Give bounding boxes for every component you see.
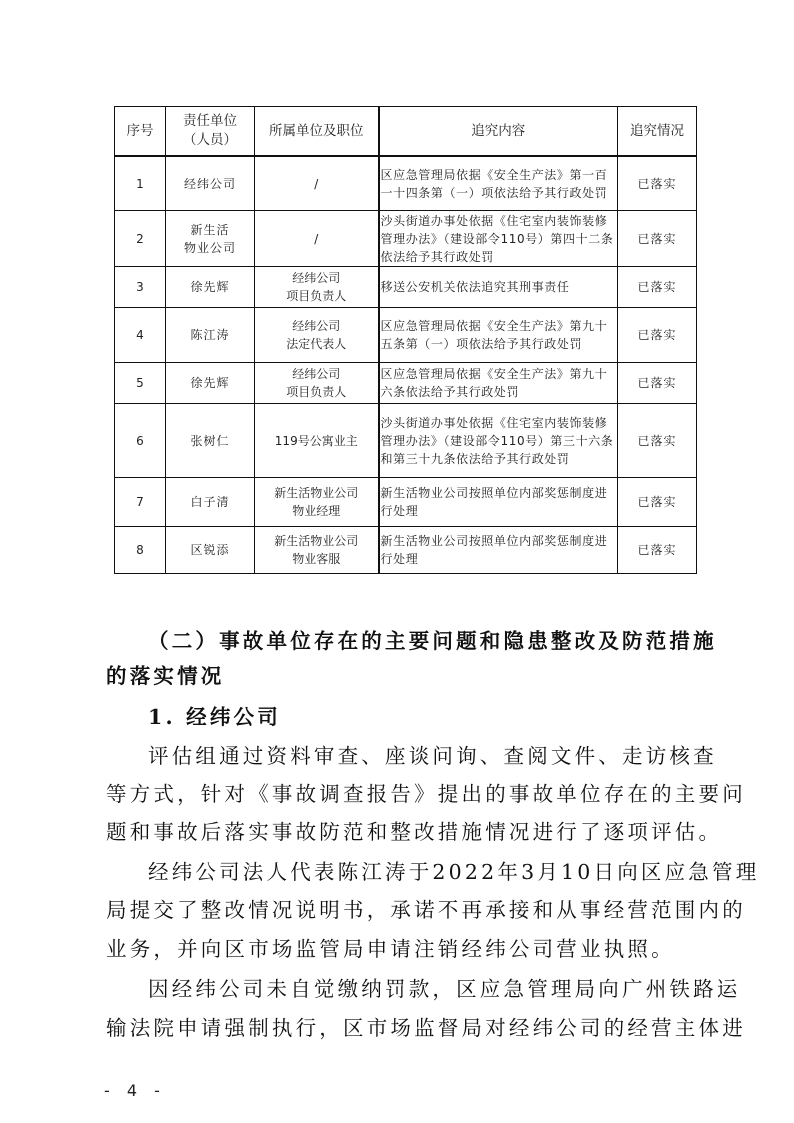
table-row: 1 经纬公司 / 区应急管理局依据《安全生产法》第一百一十四条第（一）项依法给予… [115, 156, 697, 211]
position-line: 项目负责人 [257, 287, 376, 305]
unit-line: 经纬公司 [168, 175, 252, 193]
cell-position: 119号公寓业主 [255, 404, 379, 478]
position-line: / [257, 175, 376, 193]
document-page: 序号 责任单位 （人员） 所属单位及职位 追究内容 追究情况 1 经纬公司 / … [0, 0, 794, 1123]
cell-status: 已落实 [618, 404, 697, 478]
cell-status: 已落实 [618, 267, 697, 308]
cell-no: 1 [115, 156, 166, 211]
cell-content: 新生活物业公司按照单位内部奖惩制度进行处理 [379, 527, 618, 574]
position-line: 物业经理 [257, 502, 376, 520]
cell-content: 区应急管理局依据《安全生产法》第一百一十四条第（一）项依法给予其行政处罚 [379, 156, 618, 211]
cell-position: / [255, 211, 379, 267]
cell-unit: 经纬公司 [166, 156, 255, 211]
cell-status: 已落实 [618, 211, 697, 267]
unit-line: 区锐添 [168, 541, 252, 559]
paragraph-line: 输法院申请强制执行，区市场监督局对经纬公司的经营主体进 [106, 1011, 746, 1041]
header-position: 所属单位及职位 [255, 107, 379, 157]
cell-status: 已落实 [618, 527, 697, 574]
position-line: 项目负责人 [257, 383, 376, 401]
position-line: / [257, 230, 376, 248]
cell-unit: 白子清 [166, 478, 255, 527]
page-number: - 4 - [104, 1081, 166, 1100]
cell-unit: 区锐添 [166, 527, 255, 574]
unit-line: 物业公司 [168, 239, 252, 257]
table-row: 8 区锐添 新生活物业公司 物业客服 新生活物业公司按照单位内部奖惩制度进行处理… [115, 527, 697, 574]
accountability-table: 序号 责任单位 （人员） 所属单位及职位 追究内容 追究情况 1 经纬公司 / … [114, 106, 697, 574]
cell-no: 4 [115, 308, 166, 363]
unit-line: 徐先辉 [168, 374, 252, 392]
table-row: 2 新生活 物业公司 / 沙头街道办事处依据《住宅室内装饰装修管理办法》（建设部… [115, 211, 697, 267]
cell-unit: 陈江涛 [166, 308, 255, 363]
cell-no: 3 [115, 267, 166, 308]
cell-no: 5 [115, 363, 166, 404]
cell-content: 新生活物业公司按照单位内部奖惩制度进行处理 [379, 478, 618, 527]
table-row: 6 张树仁 119号公寓业主 沙头街道办事处依据《住宅室内装饰装修管理办法》（建… [115, 404, 697, 478]
cell-content: 沙头街道办事处依据《住宅室内装饰装修管理办法》（建设部令110号）第三十六条和第… [379, 404, 618, 478]
position-line: 新生活物业公司 [257, 484, 376, 502]
header-unit-line2: （人员） [168, 131, 252, 150]
table-row: 7 白子清 新生活物业公司 物业经理 新生活物业公司按照单位内部奖惩制度进行处理… [115, 478, 697, 527]
position-line: 经纬公司 [257, 365, 376, 383]
unit-line: 新生活 [168, 221, 252, 239]
cell-no: 7 [115, 478, 166, 527]
header-unit: 责任单位 （人员） [166, 107, 255, 157]
table-header-row: 序号 责任单位 （人员） 所属单位及职位 追究内容 追究情况 [115, 107, 697, 157]
paragraph-line: 因经纬公司未自觉缴纳罚款，区应急管理局向广州铁路运 [148, 972, 741, 1002]
cell-content: 沙头街道办事处依据《住宅室内装饰装修管理办法》（建设部令110号）第四十二条依法… [379, 211, 618, 267]
cell-status: 已落实 [618, 478, 697, 527]
unit-line: 徐先辉 [168, 278, 252, 296]
cell-position: 经纬公司 项目负责人 [255, 363, 379, 404]
cell-status: 已落实 [618, 156, 697, 211]
cell-position: 经纬公司 法定代表人 [255, 308, 379, 363]
section-heading-line1: （二）事故单位存在的主要问题和隐患整改及防范措施 [148, 624, 717, 654]
cell-no: 8 [115, 527, 166, 574]
table-row: 3 徐先辉 经纬公司 项目负责人 移送公安机关依法追究其刑事责任 已落实 [115, 267, 697, 308]
cell-status: 已落实 [618, 363, 697, 404]
position-line: 经纬公司 [257, 317, 376, 335]
cell-content: 区应急管理局依据《安全生产法》第九十六条依法给予其行政处罚 [379, 363, 618, 404]
paragraph-line: 局提交了整改情况说明书，承诺不再承接和从事经营范围内的 [106, 893, 746, 923]
cell-content: 区应急管理局依据《安全生产法》第九十五条第（一）项依法给予其行政处罚 [379, 308, 618, 363]
cell-unit: 张树仁 [166, 404, 255, 478]
cell-unit: 徐先辉 [166, 363, 255, 404]
subheading-text: 1. 经纬公司 [148, 700, 281, 730]
paragraph-line: 等方式，针对《事故调查报告》提出的事故单位存在的主要问 [106, 777, 746, 807]
position-line: 新生活物业公司 [257, 532, 376, 550]
header-content: 追究内容 [379, 107, 618, 157]
header-status: 追究情况 [618, 107, 697, 157]
cell-unit: 新生活 物业公司 [166, 211, 255, 267]
paragraph-line: 评估组通过资料审查、座谈问询、查阅文件、走访核查 [148, 739, 717, 769]
cell-unit: 徐先辉 [166, 267, 255, 308]
cell-position: 新生活物业公司 物业经理 [255, 478, 379, 527]
section-heading-line2: 的落实情况 [106, 659, 225, 689]
position-line: 法定代表人 [257, 335, 376, 353]
cell-position: 新生活物业公司 物业客服 [255, 527, 379, 574]
paragraph-line: 业务，并向区市场监管局申请注销经纬公司营业执照。 [106, 932, 675, 962]
cell-content: 移送公安机关依法追究其刑事责任 [379, 267, 618, 308]
position-line: 119号公寓业主 [257, 432, 376, 450]
table-row: 4 陈江涛 经纬公司 法定代表人 区应急管理局依据《安全生产法》第九十五条第（一… [115, 308, 697, 363]
unit-line: 张树仁 [168, 432, 252, 450]
unit-line: 白子清 [168, 493, 252, 511]
header-unit-line1: 责任单位 [168, 112, 252, 131]
cell-position: 经纬公司 项目负责人 [255, 267, 379, 308]
position-line: 经纬公司 [257, 269, 376, 287]
cell-position: / [255, 156, 379, 211]
cell-no: 6 [115, 404, 166, 478]
cell-status: 已落实 [618, 308, 697, 363]
paragraph-line: 题和事故后落实事故防范和整改措施情况进行了逐项评估。 [106, 815, 722, 845]
cell-no: 2 [115, 211, 166, 267]
position-line: 物业客服 [257, 550, 376, 568]
header-no: 序号 [115, 107, 166, 157]
table-row: 5 徐先辉 经纬公司 项目负责人 区应急管理局依据《安全生产法》第九十六条依法给… [115, 363, 697, 404]
unit-line: 陈江涛 [168, 326, 252, 344]
paragraph-line: 经纬公司法人代表陈江涛于2022年3月10日向区应急管理 [148, 855, 759, 885]
